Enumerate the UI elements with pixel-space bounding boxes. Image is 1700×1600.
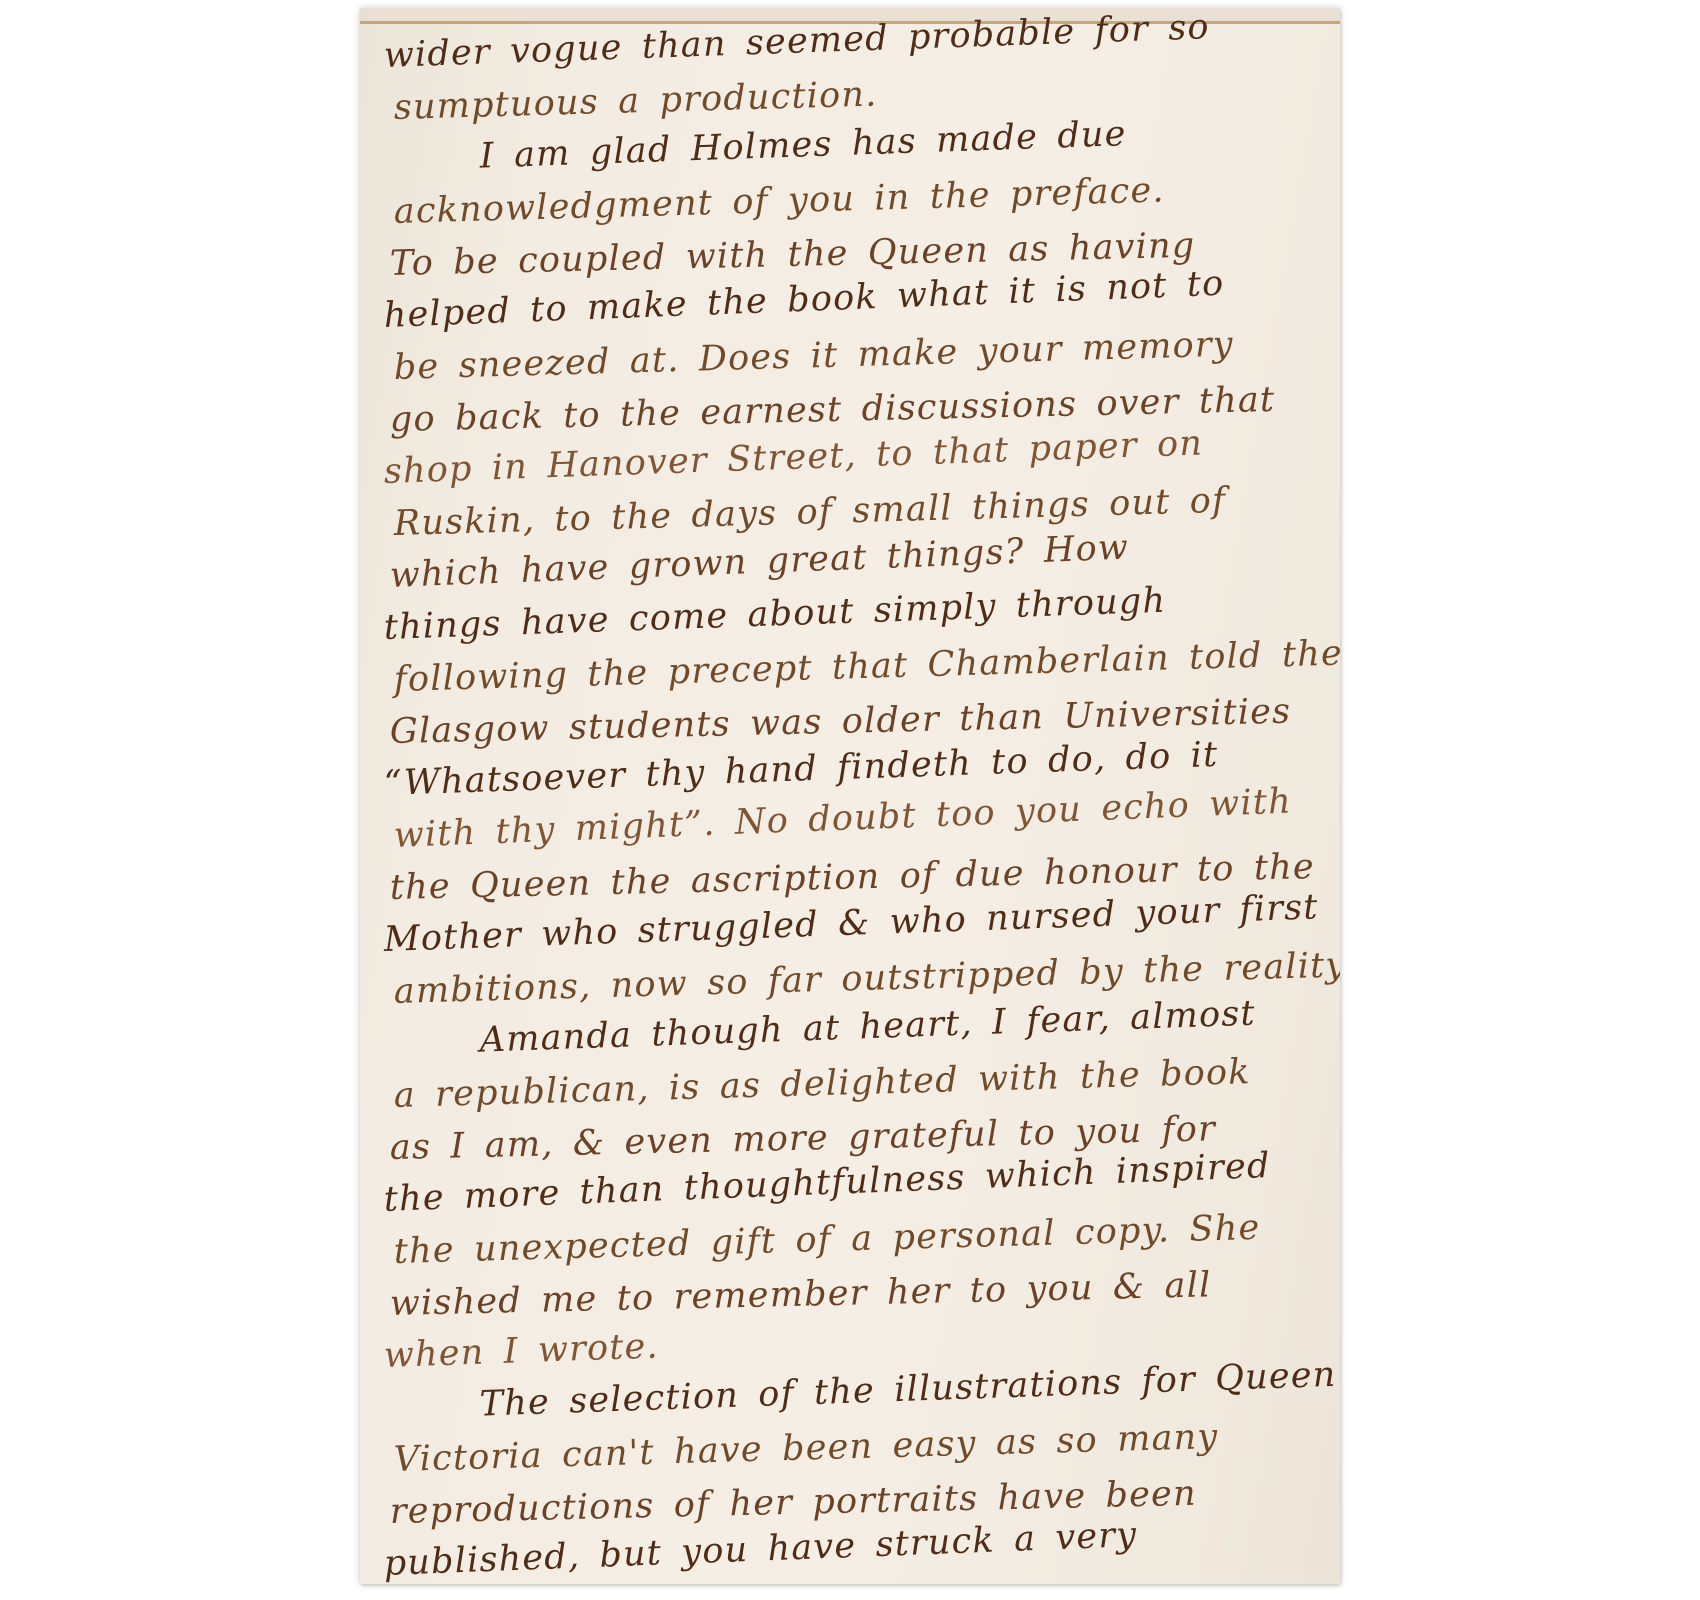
paragraph-2: I am glad Holmes has made dueacknowledgm… <box>384 134 1320 1018</box>
letter-scan: wider vogue than seemed probable for sos… <box>0 0 1700 1600</box>
letter-page: wider vogue than seemed probable for sos… <box>360 8 1340 1584</box>
paragraph-4: The selection of the illustrations for Q… <box>384 1382 1320 1584</box>
letter-text: wider vogue than seemed probable for sos… <box>384 30 1320 1584</box>
paragraph-3: Amanda though at heart, I fear, almosta … <box>384 1018 1320 1382</box>
